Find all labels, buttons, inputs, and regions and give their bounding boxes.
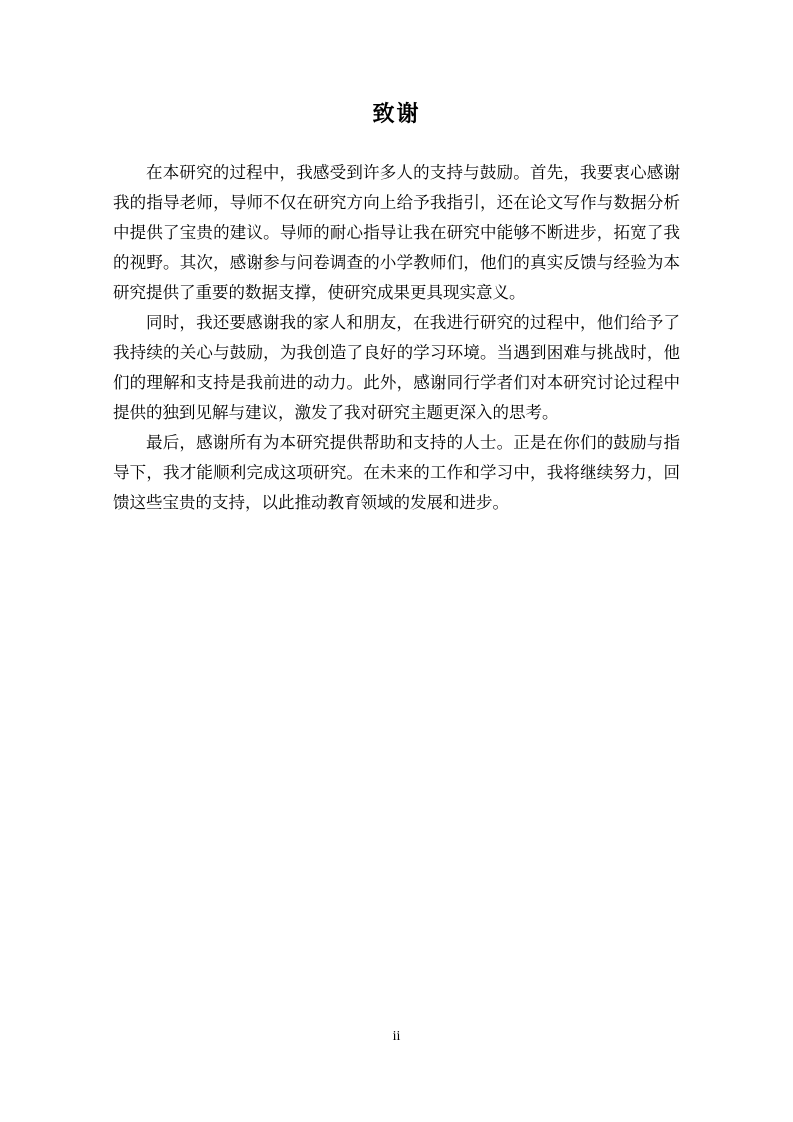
paragraph-1: 在本研究的过程中，我感受到许多人的支持与鼓励。首先，我要衷心感谢我的指导老师，导…	[113, 158, 680, 308]
paragraph-3: 最后，感谢所有为本研究提供帮助和支持的人士。正是在你们的鼓励与指导下，我才能顺利…	[113, 428, 680, 518]
page-footer: ii	[0, 1028, 793, 1046]
document-page: 致谢 在本研究的过程中，我感受到许多人的支持与鼓励。首先，我要衷心感谢我的指导老…	[0, 0, 793, 1122]
document-body: 在本研究的过程中，我感受到许多人的支持与鼓励。首先，我要衷心感谢我的指导老师，导…	[113, 158, 680, 518]
page-number: ii	[393, 1029, 401, 1044]
page-title: 致谢	[113, 0, 680, 129]
paragraph-2: 同时，我还要感谢我的家人和朋友，在我进行研究的过程中，他们给予了我持续的关心与鼓…	[113, 308, 680, 428]
